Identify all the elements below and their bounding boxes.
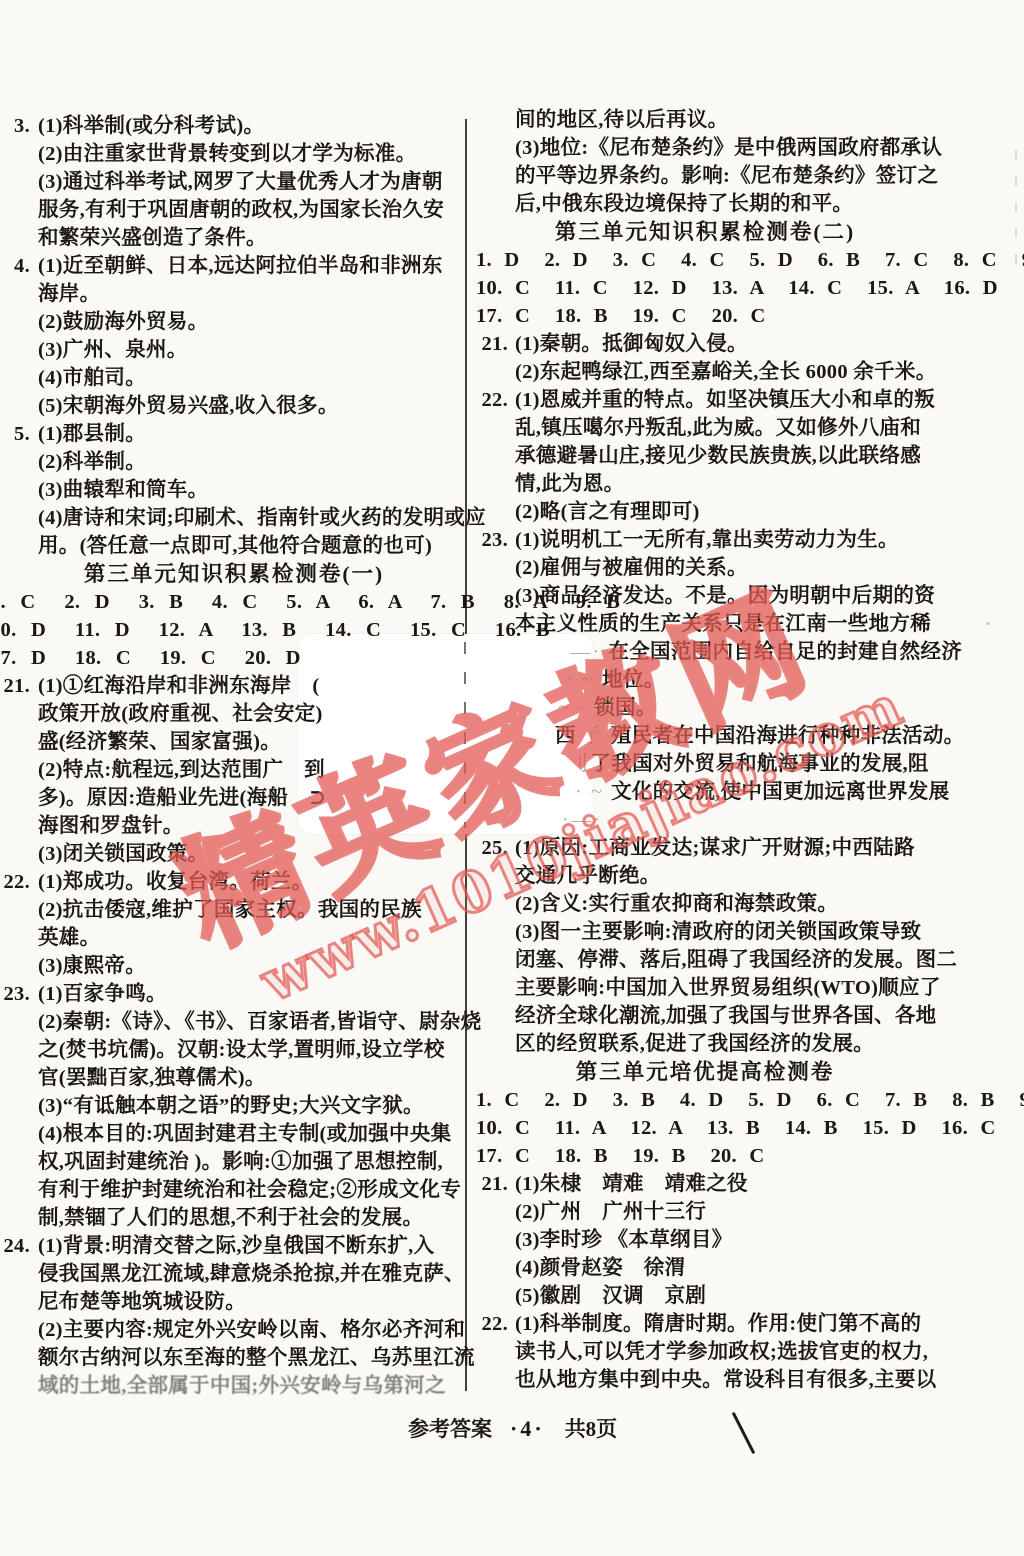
answer-text-line: (3)商品经济发达。不是。因为明朝中后期的资	[470, 582, 940, 610]
choice-answers-row: 17. C 18. B 19. C 20. C	[470, 302, 940, 330]
line-text: 制,禁锢了人们的思想,不利于社会的发展。	[38, 1207, 423, 1229]
answer-text-line: 有利于维护封建统治和社会稳定;②形成文化专	[0, 1176, 490, 1204]
answer-text-line: 情,此为恩。	[470, 470, 940, 498]
answer-text-line: (3)曲辕犁和筒车。	[0, 476, 490, 504]
answer-text-line: 3.(1)科举制(或分科考试)。	[0, 112, 490, 140]
answer-text-line: 权,巩固封建统治 )。影响:①加强了思想控制,	[0, 1148, 490, 1176]
line-text: 10. C 11. C 12. D 13. A 14. C 15. A 16. …	[476, 277, 998, 299]
answer-text-line: (2)鼓励海外贸易。	[0, 308, 490, 336]
scan-speck	[986, 622, 990, 625]
answer-text-line: 额尔古纳河以东至海的整个黑龙江、乌苏里江流	[0, 1344, 490, 1372]
line-text: (3)李时珍 《本草纲目》	[515, 1229, 732, 1251]
line-text: (2)略(言之有理即可)	[515, 501, 700, 523]
answer-text-line: 22.(1)郑成功。收复台湾。荷兰。	[0, 868, 490, 896]
erasure-smudge: 刂	[568, 753, 591, 775]
answer-text-line: 21.(1)秦朝。抵御匈奴入侵。	[470, 330, 940, 358]
line-text: 服务,有利于巩固唐朝的政权,为国家长治久安	[38, 199, 444, 221]
answer-text-line: 间的地区,待以后再议。	[470, 106, 940, 134]
line-text: 读书人,可以凭才学参加政权;选拔官吏的权力,	[515, 1341, 928, 1363]
answer-text-line: (5)宋朝海外贸易兴盛,收入很多。	[0, 392, 490, 420]
item-number: 23.	[0, 980, 30, 1008]
line-text: 锁国。	[594, 697, 656, 719]
line-text: (5)徽剧 汉调 京剧	[515, 1285, 706, 1307]
line-text: 乱,镇压噶尔丹叛乱,此为威。又如修外八庙和	[515, 417, 921, 439]
line-text: 有利于维护封建统治和社会稳定;②形成文化专	[38, 1179, 461, 1201]
answer-text-line: (4)颜骨赵姿 徐渭	[470, 1254, 940, 1282]
line-text: 10. C 11. A 12. A 13. B 14. B 15. D 16. …	[476, 1117, 996, 1139]
line-text: (3)曲辕犁和筒车。	[38, 479, 208, 501]
line-text: (2)秦朝:《诗》、《书》、百家语者,皆诣守、尉杂烧	[38, 1011, 481, 1033]
answer-text-line: —· 在全国范围内自给自足的封建自然经济	[470, 638, 940, 666]
choice-answers-row: 10. D 11. D 12. A 13. B 14. C 15. C 16. …	[0, 616, 490, 644]
line-text: 第三单元培优提高检测卷	[576, 1060, 835, 1084]
answer-text-line: (5)徽剧 汉调 京剧	[470, 1282, 940, 1310]
answer-text-line: 承德避暑山庄,接见少数民族贵族,以此联络感	[470, 442, 940, 470]
line-text: 政策开放(政府重视、社会安定)	[38, 703, 323, 725]
line-text: (3)地位:《尼布楚条约》是中俄两国政府都承认	[515, 137, 942, 159]
line-text: 1. C 2. D 3. B 4. D 5. D 6. C 7. B 8. B …	[476, 1089, 1024, 1111]
line-text: 17. C 18. B 19. C 20. C	[476, 305, 766, 327]
line-text: (1)郑成功。收复台湾。荷兰。	[38, 871, 312, 893]
line-text: (1)①红海沿岸和非洲东海岸 (	[38, 675, 320, 697]
line-text: 承德避暑山庄,接见少数民族贵族,以此联络感	[515, 445, 921, 467]
answer-text-line: 经济全球化潮流,加强了我国与世界各国、各地	[470, 1002, 940, 1030]
answer-text-line: (4)市舶司。	[0, 364, 490, 392]
answer-text-line: 多)。原因:造船业先进(海船 ⊃	[0, 784, 490, 812]
page-footer: 参考答案 ·4· 共8页	[408, 1413, 617, 1443]
answer-text-line: 也从地方集中到中央。常设科目有很多,主要以	[470, 1366, 940, 1394]
answer-text-line: 制,禁锢了人们的思想,不利于社会的发展。	[0, 1204, 490, 1232]
choice-answers-row: 10. C 11. A 12. A 13. B 14. B 15. D 16. …	[470, 1114, 940, 1142]
line-text: (5)宋朝海外贸易兴盛,收入很多。	[38, 395, 339, 417]
line-text: 在全国范围内自给自足的封建自然经济	[608, 641, 962, 663]
line-text: 侵我国黑龙江流域,肆意烧杀抢掠,并在雅克萨、	[38, 1263, 465, 1285]
item-number: 22.	[470, 1310, 508, 1338]
line-text: (1)秦朝。抵御匈奴入侵。	[515, 333, 748, 355]
answer-text-line: (2)略(言之有理即可)	[470, 498, 940, 526]
line-text: 海图和罗盘针。	[38, 815, 184, 837]
answer-text-line: 英雄。	[0, 924, 490, 952]
line-text: (4)颜骨赵姿 徐渭	[515, 1257, 685, 1279]
answer-text-line: 主要影响:中国加入世界贸易组织(WTO)顺应了	[470, 974, 940, 1002]
line-text: 也从地方集中到中央。常设科目有很多,主要以	[515, 1369, 936, 1391]
item-number: 22.	[0, 868, 30, 896]
line-text: 交通几乎断绝。	[515, 865, 661, 887]
answer-text-line: (2)雇佣与被雇佣的关系。	[470, 554, 940, 582]
answer-text-line: (3)通过科举考试,网罗了大量优秀人才为唐朝	[0, 168, 490, 196]
line-text: (2)科举制。	[38, 451, 146, 473]
line-text: 了我国对外贸易和航海事业的发展,阻	[591, 753, 929, 775]
answer-text-line: 区的经贸联系,促进了我国经济的发展。	[470, 1030, 940, 1058]
answer-text-line: 侵我国黑龙江流域,肆意烧杀抢掠,并在雅克萨、	[0, 1260, 490, 1288]
footer-answers-label: 参考答案	[408, 1413, 492, 1443]
answer-text-line: 闭塞、停滞、落后,阻碍了我国经济的发展。图二	[470, 946, 940, 974]
erasure-smudge: · ~	[575, 781, 611, 803]
answer-text-line: 之(焚书坑儒)。汉朝:设太学,置明师,设立学校	[0, 1036, 490, 1064]
line-text: (3)康熙帝。	[38, 955, 146, 977]
erasure-smudge: 亍	[581, 725, 611, 747]
erasure-smudge: · ~	[566, 669, 602, 691]
answer-text-line: (2)抗击倭寇,维护了国家主权。我国的民族	[0, 896, 490, 924]
line-text: (2)特点:航程远,到达范围广 到	[38, 759, 325, 781]
line-text: (2)含义:实行重农抑商和海禁政策。	[515, 893, 838, 915]
line-text: (1)背景:明清交替之际,沙皇俄国不断东扩,入	[38, 1235, 434, 1257]
section-heading: 第三单元培优提高检测卷	[470, 1058, 940, 1086]
answer-text-line: 22.(1)科举制度。隋唐时期。作用:使门第不高的	[470, 1310, 940, 1338]
line-text: (3)“有诋触本朝之语”的野史;大兴文字狱。	[38, 1095, 424, 1117]
line-text: (3)通过科举考试,网罗了大量优秀人才为唐朝	[38, 171, 443, 193]
line-text: 英雄。	[38, 927, 100, 949]
answer-text-line: (4)唐诗和宋词;印刷术、指南针或火药的发明或应	[0, 504, 490, 532]
answer-text-line: 用。(答任意一点即可,其他符合题意的也可)	[0, 532, 490, 560]
item-number: 22.	[470, 386, 508, 414]
answer-text-line: (2)含义:实行重农抑商和海禁政策。	[470, 890, 940, 918]
item-number: 5.	[0, 420, 30, 448]
left-column: 3.(1)科举制(或分科考试)。(2)由注重家世背景转变到以才学为标准。(3)通…	[0, 112, 490, 1400]
line-text: (3)闭关锁国政策。	[38, 843, 208, 865]
answer-text-line: (2)由注重家世背景转变到以才学为标准。	[0, 140, 490, 168]
answer-text-line: (3)康熙帝。	[0, 952, 490, 980]
answer-text-line: (3)闭关锁国政策。	[0, 840, 490, 868]
line-text: 权,巩固封建统治 )。影响:①加强了思想控制,	[38, 1151, 443, 1173]
answer-text-line: 政策开放(政府重视、社会安定)	[0, 700, 490, 728]
answer-text-line: 交通几乎断绝。	[470, 862, 940, 890]
line-text: 地位。	[602, 669, 664, 691]
line-text: 文化的交流,使中国更加远离世界发展	[611, 781, 949, 803]
line-text: 第三单元知识积累检测卷(二)	[555, 220, 855, 244]
answer-text-line: (3)广州、泉州。	[0, 336, 490, 364]
footer-page-number: ·4·	[510, 1416, 545, 1442]
answer-text-line: 读书人,可以凭才学参加政权;选拔官吏的权力,	[470, 1338, 940, 1366]
answer-text-line: 域的土地,全部属于中国;外兴安岭与乌第河之	[0, 1372, 490, 1400]
answer-text-line: 刂了我国对外贸易和航海事业的发展,阻	[470, 750, 940, 778]
line-text: 经济全球化潮流,加强了我国与世界各国、各地	[515, 1005, 936, 1027]
answer-text-line: ·—·	[470, 806, 940, 834]
choice-answers-row: 1. C 2. D 3. B 4. D 5. D 6. C 7. B 8. B …	[470, 1086, 940, 1114]
answer-text-line: 官(罢黜百家,独尊儒术)。	[0, 1064, 490, 1092]
erasure-smudge: ~ ·	[558, 697, 594, 719]
answer-text-line: 本主义性质的生产关系只是在江南一些地方稀	[470, 610, 940, 638]
line-text: 闭塞、停滞、落后,阻碍了我国经济的发展。图二	[515, 949, 957, 971]
answer-text-line: · ~ 文化的交流,使中国更加远离世界发展	[470, 778, 940, 806]
line-text: (4)唐诗和宋词;印刷术、指南针或火药的发明或应	[38, 507, 486, 529]
pen-stroke-mark	[732, 1412, 756, 1454]
erasure-smudge: ·—·	[562, 809, 602, 831]
line-text: (1)恩威并重的特点。如坚决镇压大小和卓的叛	[515, 389, 935, 411]
answer-text-line: ~ · 锁国。	[470, 694, 940, 722]
line-text: 1. D 2. D 3. C 4. C 5. D 6. B 7. C 8. C …	[476, 249, 1024, 271]
line-text: (1)近至朝鲜、日本,远达阿拉伯半岛和非洲东	[38, 255, 443, 277]
line-text: (1)百家争鸣。	[38, 983, 167, 1005]
item-number: 4.	[0, 252, 30, 280]
line-text: 情,此为恩。	[515, 473, 624, 495]
answer-text-line: 盛(经济繁荣、国家富强)。	[0, 728, 490, 756]
item-number: 21.	[0, 672, 30, 700]
footer-total-pages: 共8页	[565, 1413, 618, 1443]
line-text: (3)商品经济发达。不是。因为明朝中后期的资	[515, 585, 935, 607]
answer-text-line: 25.(1)原因:工商业发达;谋求广开财源;中西陆路	[470, 834, 940, 862]
answer-text-line: 乱,镇压噶尔丹叛乱,此为威。又如修外八庙和	[470, 414, 940, 442]
erasure-smudge: —·	[570, 641, 608, 663]
answer-text-line: 21.(1)①红海沿岸和非洲东海岸 (	[0, 672, 490, 700]
choice-answers-row: 1. D 2. D 3. C 4. C 5. D 6. B 7. C 8. C …	[470, 246, 940, 274]
scanned-answer-sheet: 3.(1)科举制(或分科考试)。(2)由注重家世背景转变到以才学为标准。(3)通…	[0, 0, 1024, 1556]
answer-text-line: 23.(1)百家争鸣。	[0, 980, 490, 1008]
answer-text-line: 的平等边界条约。影响:《尼布楚条约》签订之	[470, 162, 940, 190]
line-text: 额尔古纳河以东至海的整个黑龙江、乌苏里江流	[38, 1347, 475, 1369]
line-text: (2)鼓励海外贸易。	[38, 311, 208, 333]
line-text: 殖民者在中国沿海进行种种非法活动。	[611, 725, 965, 747]
line-text: 后,中俄东段边境保持了长期的和平。	[515, 193, 853, 215]
line-text: 西	[555, 725, 581, 747]
line-text: 用。(答任意一点即可,其他符合题意的也可)	[38, 535, 432, 557]
section-heading: 第三单元知识积累检测卷(二)	[470, 218, 940, 246]
line-text: 主要影响:中国加入世界贸易组织(WTO)顺应了	[515, 977, 941, 999]
line-text: (1)科举制(或分科考试)。	[38, 115, 264, 137]
line-text: (4)根本目的:巩固封建君主专制(或加强中央集	[38, 1123, 451, 1145]
choice-answers-row: 17. C 18. B 19. B 20. C	[470, 1142, 940, 1170]
line-text: (1)原因:工商业发达;谋求广开财源;中西陆路	[515, 837, 915, 859]
line-text: (3)图一主要影响:清政府的闭关锁国政策导致	[515, 921, 921, 943]
choice-answers-row: 1. C 2. D 3. B 4. C 5. A 6. A 7. B 8. A …	[0, 588, 490, 616]
item-number: 24.	[0, 1232, 30, 1260]
choice-answers-row: 10. C 11. C 12. D 13. A 14. C 15. A 16. …	[470, 274, 940, 302]
answer-text-line: 4.(1)近至朝鲜、日本,远达阿拉伯半岛和非洲东	[0, 252, 490, 280]
answer-text-line: (2)秦朝:《诗》、《书》、百家语者,皆诣守、尉杂烧	[0, 1008, 490, 1036]
answer-text-line: (3)李时珍 《本草纲目》	[470, 1226, 940, 1254]
line-text: 多)。原因:造船业先进(海船 ⊃	[38, 787, 326, 809]
answer-text-line: 24.(1)背景:明清交替之际,沙皇俄国不断东扩,入	[0, 1232, 490, 1260]
line-text: 本主义性质的生产关系只是在江南一些地方稀	[515, 613, 931, 635]
line-text: 盛(经济繁荣、国家富强)。	[38, 731, 281, 753]
line-text: 10. D 11. D 12. A 13. B 14. C 15. C 16. …	[0, 619, 550, 641]
answer-text-line: (2)特点:航程远,到达范围广 到	[0, 756, 490, 784]
answer-text-line: (2)广州 广州十三行	[470, 1198, 940, 1226]
answer-text-line: 尼布楚等地筑城设防。	[0, 1288, 490, 1316]
answer-text-line: 5.(1)郡县制。	[0, 420, 490, 448]
line-text: (1)郡县制。	[38, 423, 146, 445]
answer-text-line: 服务,有利于巩固唐朝的政权,为国家长治久安	[0, 196, 490, 224]
answer-text-line: (3)图一主要影响:清政府的闭关锁国政策导致	[470, 918, 940, 946]
answer-text-line: · ~ 地位。	[470, 666, 940, 694]
line-text: (2)抗击倭寇,维护了国家主权。我国的民族	[38, 899, 422, 921]
answer-text-line: 西 亍 殖民者在中国沿海进行种种非法活动。	[470, 722, 940, 750]
answer-text-line: 海岸。	[0, 280, 490, 308]
answer-text-line: (3)“有诋触本朝之语”的野史;大兴文字狱。	[0, 1092, 490, 1120]
line-text: 之(焚书坑儒)。汉朝:设太学,置明师,设立学校	[38, 1039, 445, 1061]
line-text: 间的地区,待以后再议。	[515, 109, 728, 131]
answer-text-line: 21.(1)朱棣 靖难 靖难之役	[470, 1170, 940, 1198]
line-text: 海岸。	[38, 283, 100, 305]
item-number: 21.	[470, 1170, 508, 1198]
answer-text-line: 23.(1)说明机工一无所有,靠出卖劳动力为生。	[470, 526, 940, 554]
line-text: (1)科举制度。隋唐时期。作用:使门第不高的	[515, 1313, 921, 1335]
line-text: 的平等边界条约。影响:《尼布楚条约》签订之	[515, 165, 938, 187]
line-text: 17. C 18. B 19. B 20. C	[476, 1145, 765, 1167]
line-text: 官(罢黜百家,独尊儒术)。	[38, 1067, 266, 1089]
answer-text-line: (2)东起鸭绿江,西至嘉峪关,全长 6000 余千米。	[470, 358, 940, 386]
item-number: 21.	[470, 330, 508, 358]
line-text: (4)市舶司。	[38, 367, 146, 389]
line-text: 区的经贸联系,促进了我国经济的发展。	[515, 1033, 874, 1055]
line-text: (2)主要内容:规定外兴安岭以南、格尔必齐河和	[38, 1319, 465, 1341]
answer-text-line: (3)地位:《尼布楚条约》是中俄两国政府都承认	[470, 134, 940, 162]
line-text: (2)由注重家世背景转变到以才学为标准。	[38, 143, 416, 165]
line-text: (3)广州、泉州。	[38, 339, 188, 361]
line-text: 17. D 18. C 19. C 20. D	[0, 647, 301, 669]
right-column: 间的地区,待以后再议。(3)地位:《尼布楚条约》是中俄两国政府都承认的平等边界条…	[470, 106, 940, 1394]
answer-text-line: 后,中俄东段边境保持了长期的和平。	[470, 190, 940, 218]
answer-text-line: 和繁荣兴盛创造了条件。	[0, 224, 490, 252]
line-text: (2)雇佣与被雇佣的关系。	[515, 557, 748, 579]
answer-text-line: (2)主要内容:规定外兴安岭以南、格尔必齐河和	[0, 1316, 490, 1344]
answer-text-line: 海图和罗盘针。	[0, 812, 490, 840]
item-number: 23.	[470, 526, 508, 554]
line-text: (2)广州 广州十三行	[515, 1201, 706, 1223]
answer-text-line: (2)科举制。	[0, 448, 490, 476]
line-text: (1)朱棣 靖难 靖难之役	[515, 1173, 748, 1195]
line-text: 尼布楚等地筑城设防。	[38, 1291, 246, 1313]
line-text: (1)说明机工一无所有,靠出卖劳动力为生。	[515, 529, 899, 551]
line-text: 第三单元知识积累检测卷(一)	[84, 562, 384, 586]
line-text: 域的土地,全部属于中国;外兴安岭与乌第河之	[38, 1375, 446, 1397]
item-number: 3.	[0, 112, 30, 140]
section-heading: 第三单元知识积累检测卷(一)	[0, 560, 490, 588]
answer-text-line: (4)根本目的:巩固封建君主专制(或加强中央集	[0, 1120, 490, 1148]
answer-text-line: 22.(1)恩威并重的特点。如坚决镇压大小和卓的叛	[470, 386, 940, 414]
item-number: 25.	[470, 834, 508, 862]
choice-answers-row: 17. D 18. C 19. C 20. D	[0, 644, 490, 672]
line-text: 和繁荣兴盛创造了条件。	[38, 227, 267, 249]
line-text: (2)东起鸭绿江,西至嘉峪关,全长 6000 余千米。	[515, 361, 937, 383]
